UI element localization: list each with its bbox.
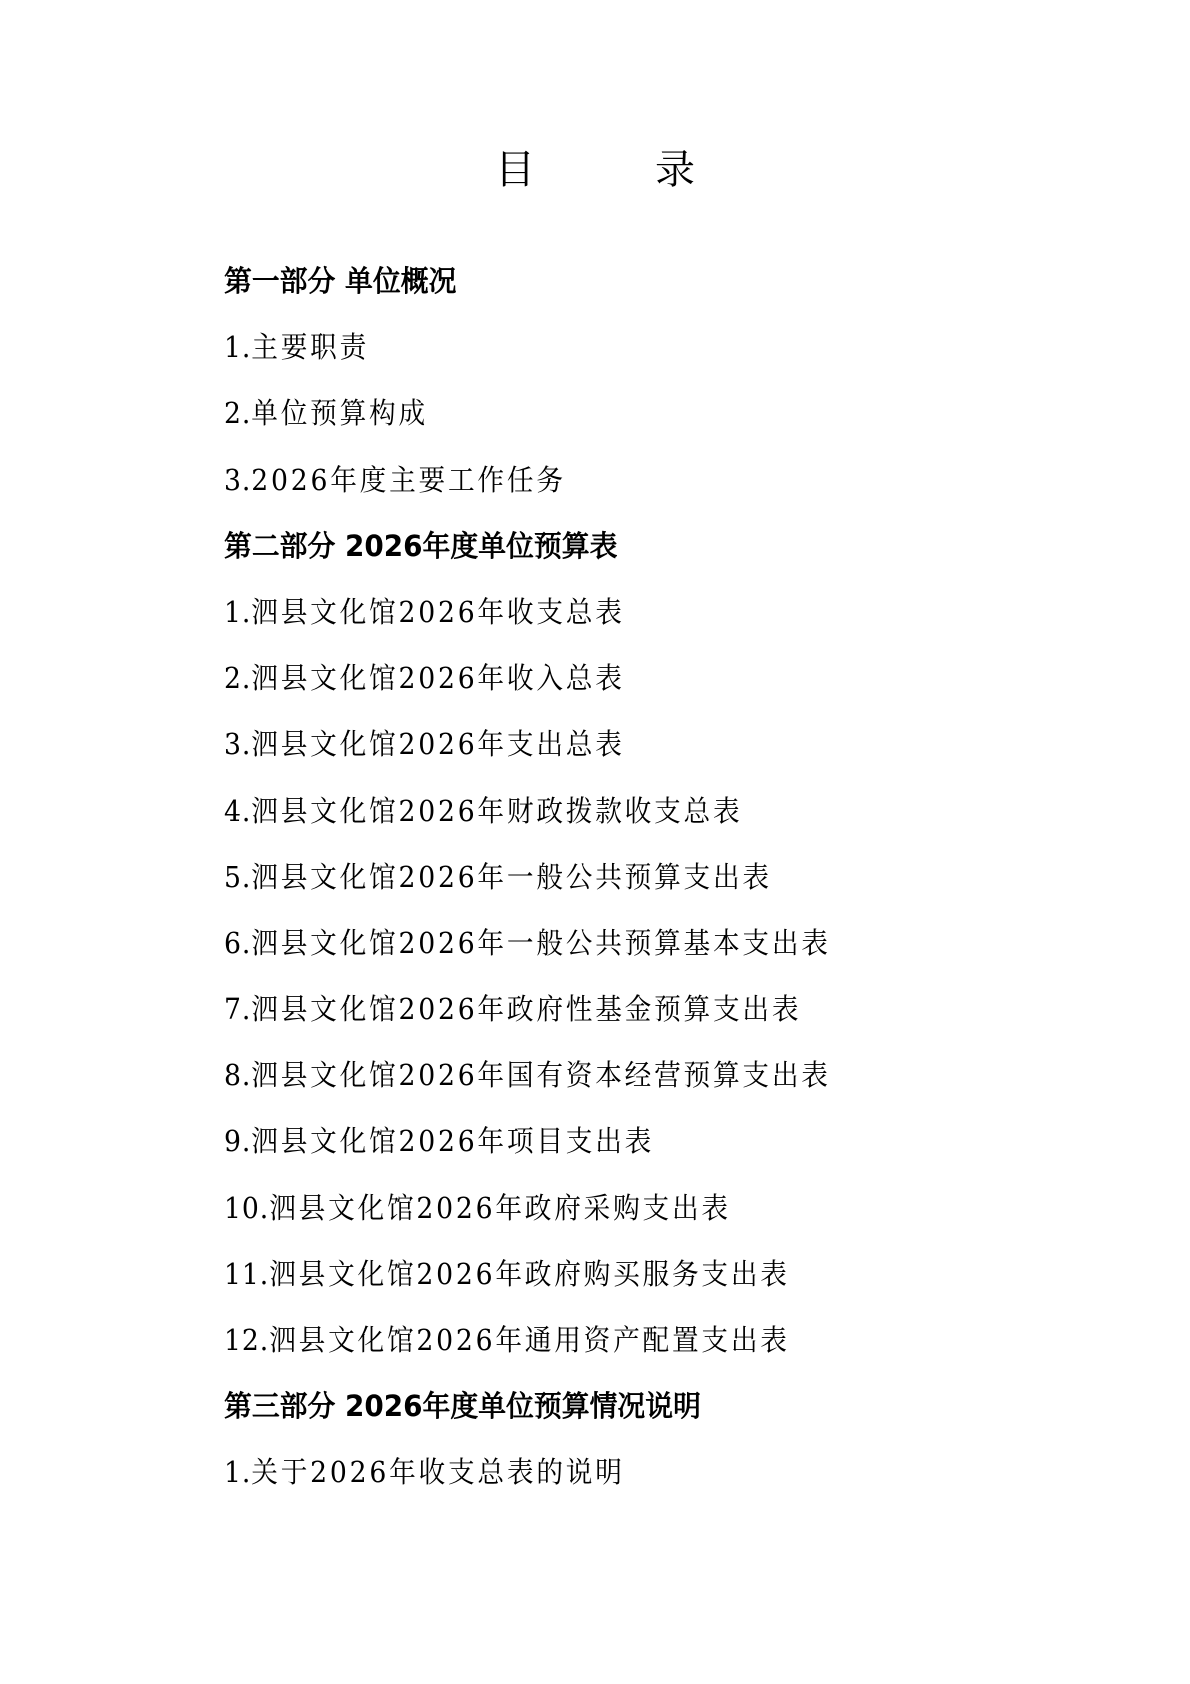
toc-item[interactable]: 9.泗县文化馆2026年项目支出表 bbox=[224, 1108, 1052, 1174]
toc-item[interactable]: 6.泗县文化馆2026年一般公共预算基本支出表 bbox=[224, 910, 1052, 976]
toc-item[interactable]: 10.泗县文化馆2026年政府采购支出表 bbox=[224, 1175, 1052, 1241]
toc-item-number: 12. bbox=[224, 1323, 269, 1357]
toc-item[interactable]: 4.泗县文化馆2026年财政拨款收支总表 bbox=[224, 778, 1052, 844]
toc-item[interactable]: 3.泗县文化馆2026年支出总表 bbox=[224, 711, 1052, 777]
toc-item-label: 泗县文化馆2026年政府购买服务支出表 bbox=[269, 1257, 790, 1291]
toc-item-label: 泗县文化馆2026年政府性基金预算支出表 bbox=[251, 992, 801, 1026]
table-of-contents: 第一部分 单位概况 1.主要职责 2.单位预算构成 3.2026年度主要工作任务… bbox=[224, 248, 1124, 1506]
toc-item-label: 泗县文化馆2026年财政拨款收支总表 bbox=[251, 794, 742, 828]
toc-item[interactable]: 2.泗县文化馆2026年收入总表 bbox=[224, 645, 1052, 711]
toc-section-label: 第三部分 2026年度单位预算情况说明 bbox=[224, 1389, 701, 1423]
toc-item-label: 泗县文化馆2026年收支总表 bbox=[251, 595, 624, 629]
toc-item-label: 泗县文化馆2026年一般公共预算支出表 bbox=[251, 860, 772, 894]
toc-item-number: 9. bbox=[224, 1124, 251, 1158]
toc-item-label: 泗县文化馆2026年支出总表 bbox=[251, 727, 624, 761]
toc-section-label: 第二部分 2026年度单位预算表 bbox=[224, 529, 617, 563]
toc-item-label: 泗县文化馆2026年收入总表 bbox=[251, 661, 624, 695]
toc-item-number: 1. bbox=[224, 1455, 251, 1489]
toc-item[interactable]: 1.主要职责 bbox=[224, 314, 1052, 380]
toc-item[interactable]: 12.泗县文化馆2026年通用资产配置支出表 bbox=[224, 1307, 1052, 1373]
toc-item-label: 单位预算构成 bbox=[251, 396, 428, 430]
toc-item-label: 泗县文化馆2026年政府采购支出表 bbox=[269, 1191, 731, 1225]
toc-item-number: 3. bbox=[224, 463, 251, 497]
toc-item[interactable]: 5.泗县文化馆2026年一般公共预算支出表 bbox=[224, 844, 1052, 910]
toc-section-2[interactable]: 第二部分 2026年度单位预算表 bbox=[224, 513, 1088, 579]
toc-item-label: 泗县文化馆2026年一般公共预算基本支出表 bbox=[251, 926, 830, 960]
toc-section-3[interactable]: 第三部分 2026年度单位预算情况说明 bbox=[224, 1373, 1088, 1439]
toc-section-label: 第一部分 单位概况 bbox=[224, 264, 456, 298]
toc-item-label: 泗县文化馆2026年项目支出表 bbox=[251, 1124, 654, 1158]
toc-item-label: 泗县文化馆2026年通用资产配置支出表 bbox=[269, 1323, 790, 1357]
toc-item-number: 2. bbox=[224, 396, 251, 430]
toc-item-number: 3. bbox=[224, 727, 251, 761]
toc-item[interactable]: 11.泗县文化馆2026年政府购买服务支出表 bbox=[224, 1241, 1052, 1307]
toc-item-number: 5. bbox=[224, 860, 251, 894]
toc-item-label: 主要职责 bbox=[251, 330, 369, 364]
toc-item-number: 2. bbox=[224, 661, 251, 695]
page-title: 目 录 bbox=[0, 140, 1190, 200]
toc-item-label: 泗县文化馆2026年国有资本经营预算支出表 bbox=[251, 1058, 830, 1092]
toc-item-number: 6. bbox=[224, 926, 251, 960]
toc-item[interactable]: 1.关于2026年收支总表的说明 bbox=[224, 1439, 1052, 1505]
toc-item[interactable]: 1.泗县文化馆2026年收支总表 bbox=[224, 579, 1052, 645]
toc-section-1[interactable]: 第一部分 单位概况 bbox=[224, 248, 1088, 314]
toc-item-label: 2026年度主要工作任务 bbox=[251, 463, 565, 497]
toc-item[interactable]: 2.单位预算构成 bbox=[224, 380, 1052, 446]
toc-item-number: 7. bbox=[224, 992, 251, 1026]
toc-item-number: 8. bbox=[224, 1058, 251, 1092]
toc-item-label: 关于2026年收支总表的说明 bbox=[251, 1455, 624, 1489]
toc-item-number: 4. bbox=[224, 794, 251, 828]
toc-item-number: 10. bbox=[224, 1191, 269, 1225]
toc-item-number: 1. bbox=[224, 595, 251, 629]
toc-item[interactable]: 8.泗县文化馆2026年国有资本经营预算支出表 bbox=[224, 1042, 1052, 1108]
toc-item-number: 11. bbox=[224, 1257, 269, 1291]
toc-item[interactable]: 7.泗县文化馆2026年政府性基金预算支出表 bbox=[224, 976, 1052, 1042]
toc-item-number: 1. bbox=[224, 330, 251, 364]
toc-item[interactable]: 3.2026年度主要工作任务 bbox=[224, 447, 1052, 513]
